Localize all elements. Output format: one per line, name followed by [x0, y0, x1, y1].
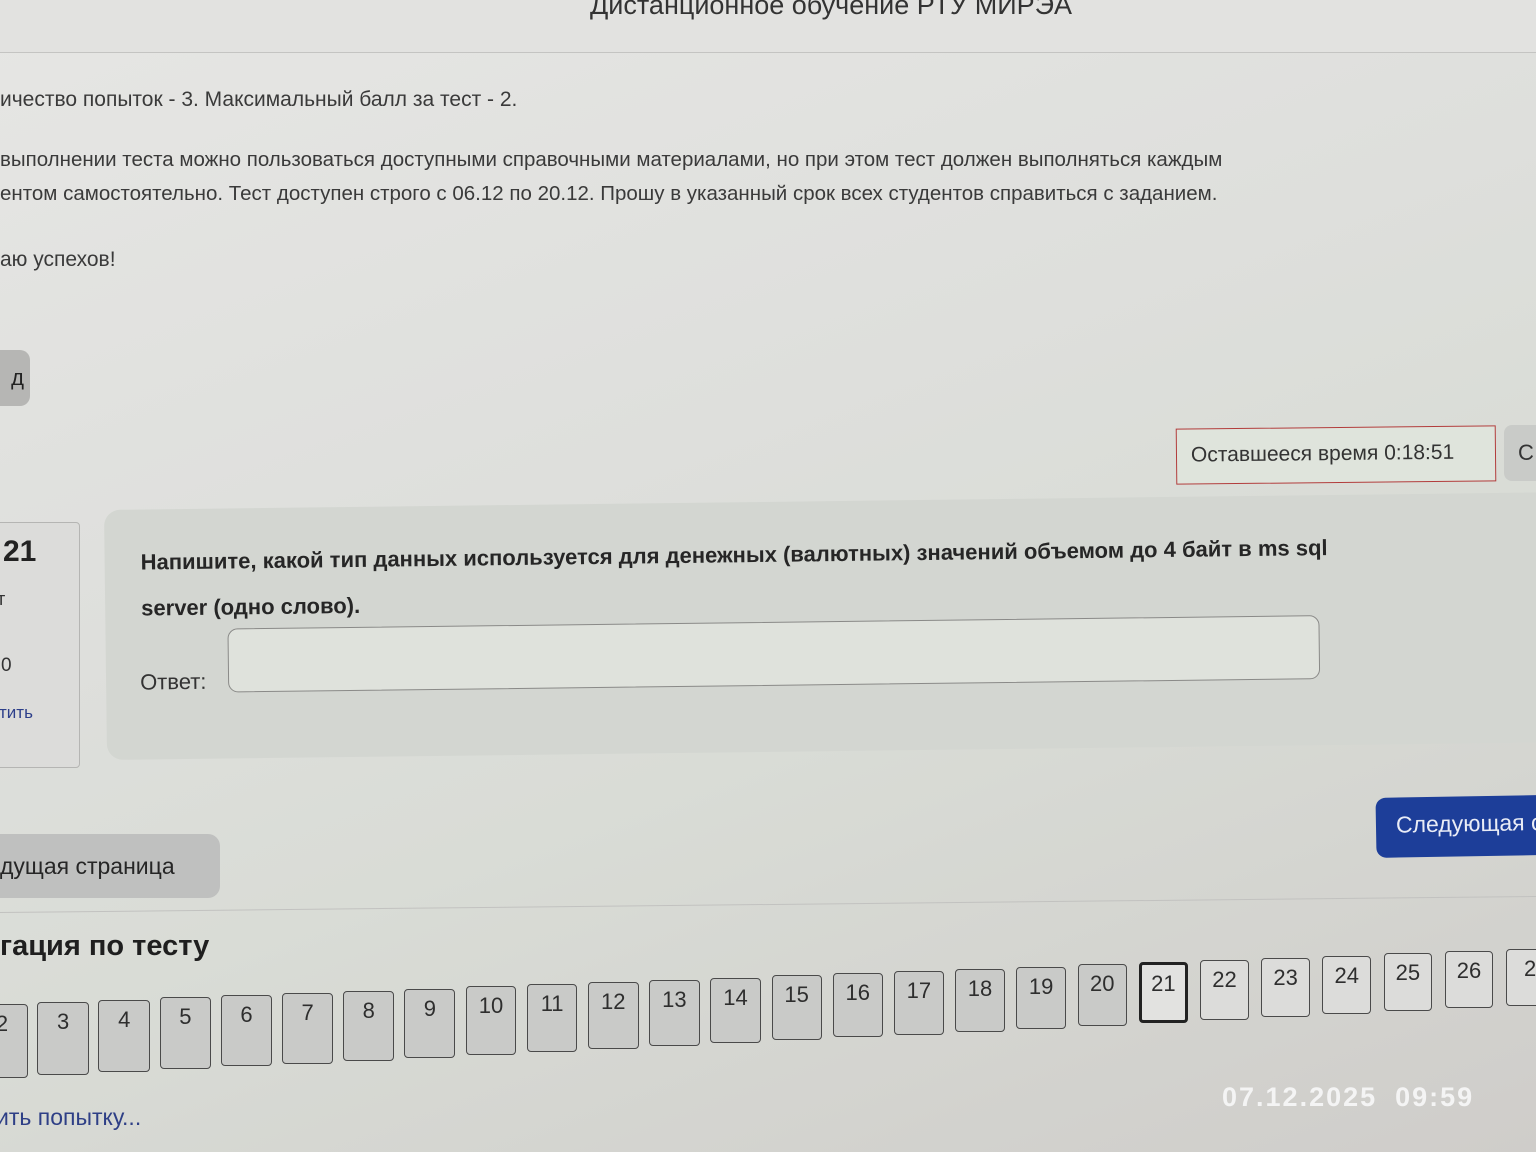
- previous-page-button[interactable]: дущая страница: [0, 834, 220, 898]
- quiz-nav-button-7[interactable]: 7: [282, 993, 333, 1064]
- quiz-nav-button-14[interactable]: 14: [710, 978, 760, 1044]
- divider: [0, 896, 1536, 913]
- question-status: т: [0, 589, 5, 610]
- quiz-nav-button-23[interactable]: 23: [1261, 958, 1310, 1017]
- quiz-nav-button-12[interactable]: 12: [588, 982, 639, 1049]
- intro-rules-line2: ентом самостоятельно. Тест доступен стро…: [0, 182, 1217, 206]
- site-title: Дистанционное обучение РТУ МИРЭА: [590, 0, 1072, 21]
- quiz-nav-button-3[interactable]: 3: [37, 1002, 89, 1075]
- quiz-nav-button-9[interactable]: 9: [404, 989, 455, 1058]
- quiz-nav-button-22[interactable]: 22: [1200, 960, 1249, 1020]
- quiz-nav-button-26[interactable]: 26: [1445, 951, 1493, 1008]
- quiz-nav-button-13[interactable]: 13: [649, 980, 699, 1046]
- quiz-navigation-title: гация по тесту: [0, 930, 209, 963]
- next-page-button[interactable]: Следующая с: [1375, 794, 1536, 858]
- intro-wishes: аю успехов!: [0, 248, 116, 272]
- intro-rules-line1: выполнении теста можно пользоваться дост…: [0, 148, 1222, 172]
- timer-side-button[interactable]: С: [1504, 425, 1536, 481]
- quiz-nav-button-2[interactable]: 2: [1506, 949, 1536, 1006]
- site-header: Дистанционное обучение РТУ МИРЭА: [0, 0, 1536, 53]
- photo-timestamp: 07.12.202509:59: [1222, 1082, 1474, 1113]
- finish-attempt-link[interactable]: ить попытку...: [0, 1104, 141, 1131]
- back-button[interactable]: д: [0, 350, 30, 406]
- quiz-nav-button-24[interactable]: 24: [1322, 956, 1371, 1015]
- timer-label: Оставшееся время: [1191, 442, 1379, 467]
- quiz-nav-button-6[interactable]: 6: [221, 995, 272, 1066]
- quiz-nav-button-25[interactable]: 25: [1384, 953, 1433, 1011]
- quiz-nav-button-17[interactable]: 17: [894, 971, 944, 1035]
- question-info-panel: 21 т 0 тить: [0, 522, 80, 768]
- quiz-nav-button-21[interactable]: 21: [1139, 962, 1188, 1023]
- answer-input[interactable]: [227, 615, 1320, 692]
- timestamp-time: 09:59: [1395, 1082, 1474, 1112]
- answer-label: Ответ:: [140, 669, 207, 696]
- quiz-nav-button-8[interactable]: 8: [343, 991, 394, 1061]
- quiz-nav-button-20[interactable]: 20: [1078, 964, 1127, 1025]
- quiz-nav-button-18[interactable]: 18: [955, 969, 1005, 1032]
- question-card: Напишите, какой тип данных используется …: [104, 492, 1536, 760]
- quiz-nav-button-16[interactable]: 16: [833, 973, 883, 1037]
- timer-value: 0:18:51: [1384, 441, 1454, 465]
- intro-attempts: ичество попыток - 3. Максимальный балл з…: [0, 88, 517, 112]
- quiz-nav-button-15[interactable]: 15: [772, 975, 822, 1040]
- quiz-nav-button-5[interactable]: 5: [160, 997, 212, 1069]
- timestamp-date: 07.12.2025: [1222, 1082, 1377, 1112]
- quiz-nav-button-10[interactable]: 10: [466, 986, 517, 1054]
- quiz-nav-button-19[interactable]: 19: [1016, 967, 1065, 1029]
- quiz-nav-button-4[interactable]: 4: [98, 1000, 150, 1073]
- question-mark: 0: [1, 655, 12, 677]
- question-number: 21: [3, 535, 36, 569]
- flag-question-link[interactable]: тить: [0, 703, 33, 723]
- question-text: Напишите, какой тип данных используется …: [140, 523, 1521, 632]
- timer-box: Оставшееся время 0:18:51: [1176, 425, 1497, 484]
- quiz-nav-button-11[interactable]: 11: [527, 984, 578, 1052]
- quiz-nav-button-2[interactable]: 2: [0, 1004, 28, 1078]
